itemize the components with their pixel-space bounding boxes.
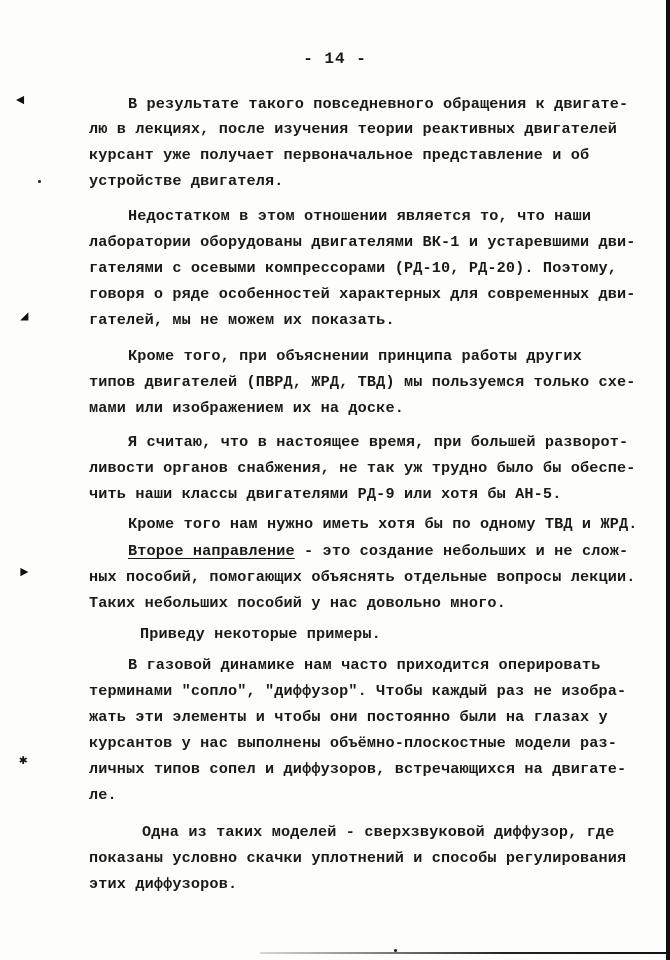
text-line: В результате такого повседневного обраще… <box>128 94 628 114</box>
text-line: курсантов у нас выполнены объёмно-плоско… <box>89 733 617 753</box>
text-line: гателями с осевыми компрессорами (РД-10,… <box>89 258 617 278</box>
text-line: курсант уже получает первоначальное пред… <box>89 145 589 165</box>
margin-mark-icon: ► <box>20 565 28 581</box>
scan-edge-right <box>666 0 670 960</box>
text-line: Кроме того, при объяснении принципа рабо… <box>128 346 582 366</box>
margin-dot <box>394 949 397 952</box>
text-line: лю в лекциях, после изучения теории реак… <box>89 119 617 139</box>
text-line: чить наши классы двигателями РД-9 или хо… <box>89 484 561 504</box>
scan-edge-bottom <box>260 952 670 954</box>
text-line: мами или изображением их на доске. <box>89 398 404 418</box>
text-line: Приведу некоторые примеры. <box>140 624 381 644</box>
text-line: Таких небольших пособий у нас довольно м… <box>89 593 506 613</box>
margin-mark-icon: ◢ <box>20 308 28 325</box>
margin-dot <box>38 180 41 183</box>
text-line: жать эти элементы и чтобы они постоянно … <box>89 707 608 727</box>
text-line: ле. <box>89 785 117 805</box>
text-line: гателей, мы не можем их показать. <box>89 310 395 330</box>
margin-mark-icon: ✱ <box>19 752 27 769</box>
page-number: - 14 - <box>0 50 670 68</box>
text-line: ных пособий, помогающих объяснять отдель… <box>89 567 636 587</box>
text-line: устройстве двигателя. <box>89 171 284 191</box>
text-line: терминами "сопло", "диффузор". Чтобы каж… <box>89 681 626 701</box>
text-line: показаны условно скачки уплотнений и спо… <box>89 848 626 868</box>
text-line: лаборатории оборудованы двигателями ВК-1… <box>89 232 636 252</box>
text-line: Кроме того нам нужно иметь хотя бы по од… <box>128 514 638 534</box>
text-line: говоря о ряде особенностей характерных д… <box>89 284 636 304</box>
text-line: типов двигателей (ПВРД, ЖРД, ТВД) мы пол… <box>89 372 636 392</box>
text-line: этих диффузоров. <box>89 874 237 894</box>
document-page: - 14 - В результате такого повседневного… <box>0 0 670 960</box>
text-line: Второе направление - это создание неболь… <box>128 541 628 561</box>
text-line: Одна из таких моделей - сверхзвуковой ди… <box>142 822 614 842</box>
text-line: ливости органов снабжения, не так уж тру… <box>89 458 636 478</box>
text-line: Недостатком в этом отношении является то… <box>128 206 591 226</box>
text-line: личных типов сопел и диффузоров, встреча… <box>89 759 626 779</box>
text-line: В газовой динамике нам часто приходится … <box>128 655 600 675</box>
underlined-heading: Второе направление <box>128 542 295 560</box>
margin-mark-icon: ◄ <box>16 93 24 109</box>
text-line: Я считаю, что в настоящее время, при бол… <box>128 432 628 452</box>
